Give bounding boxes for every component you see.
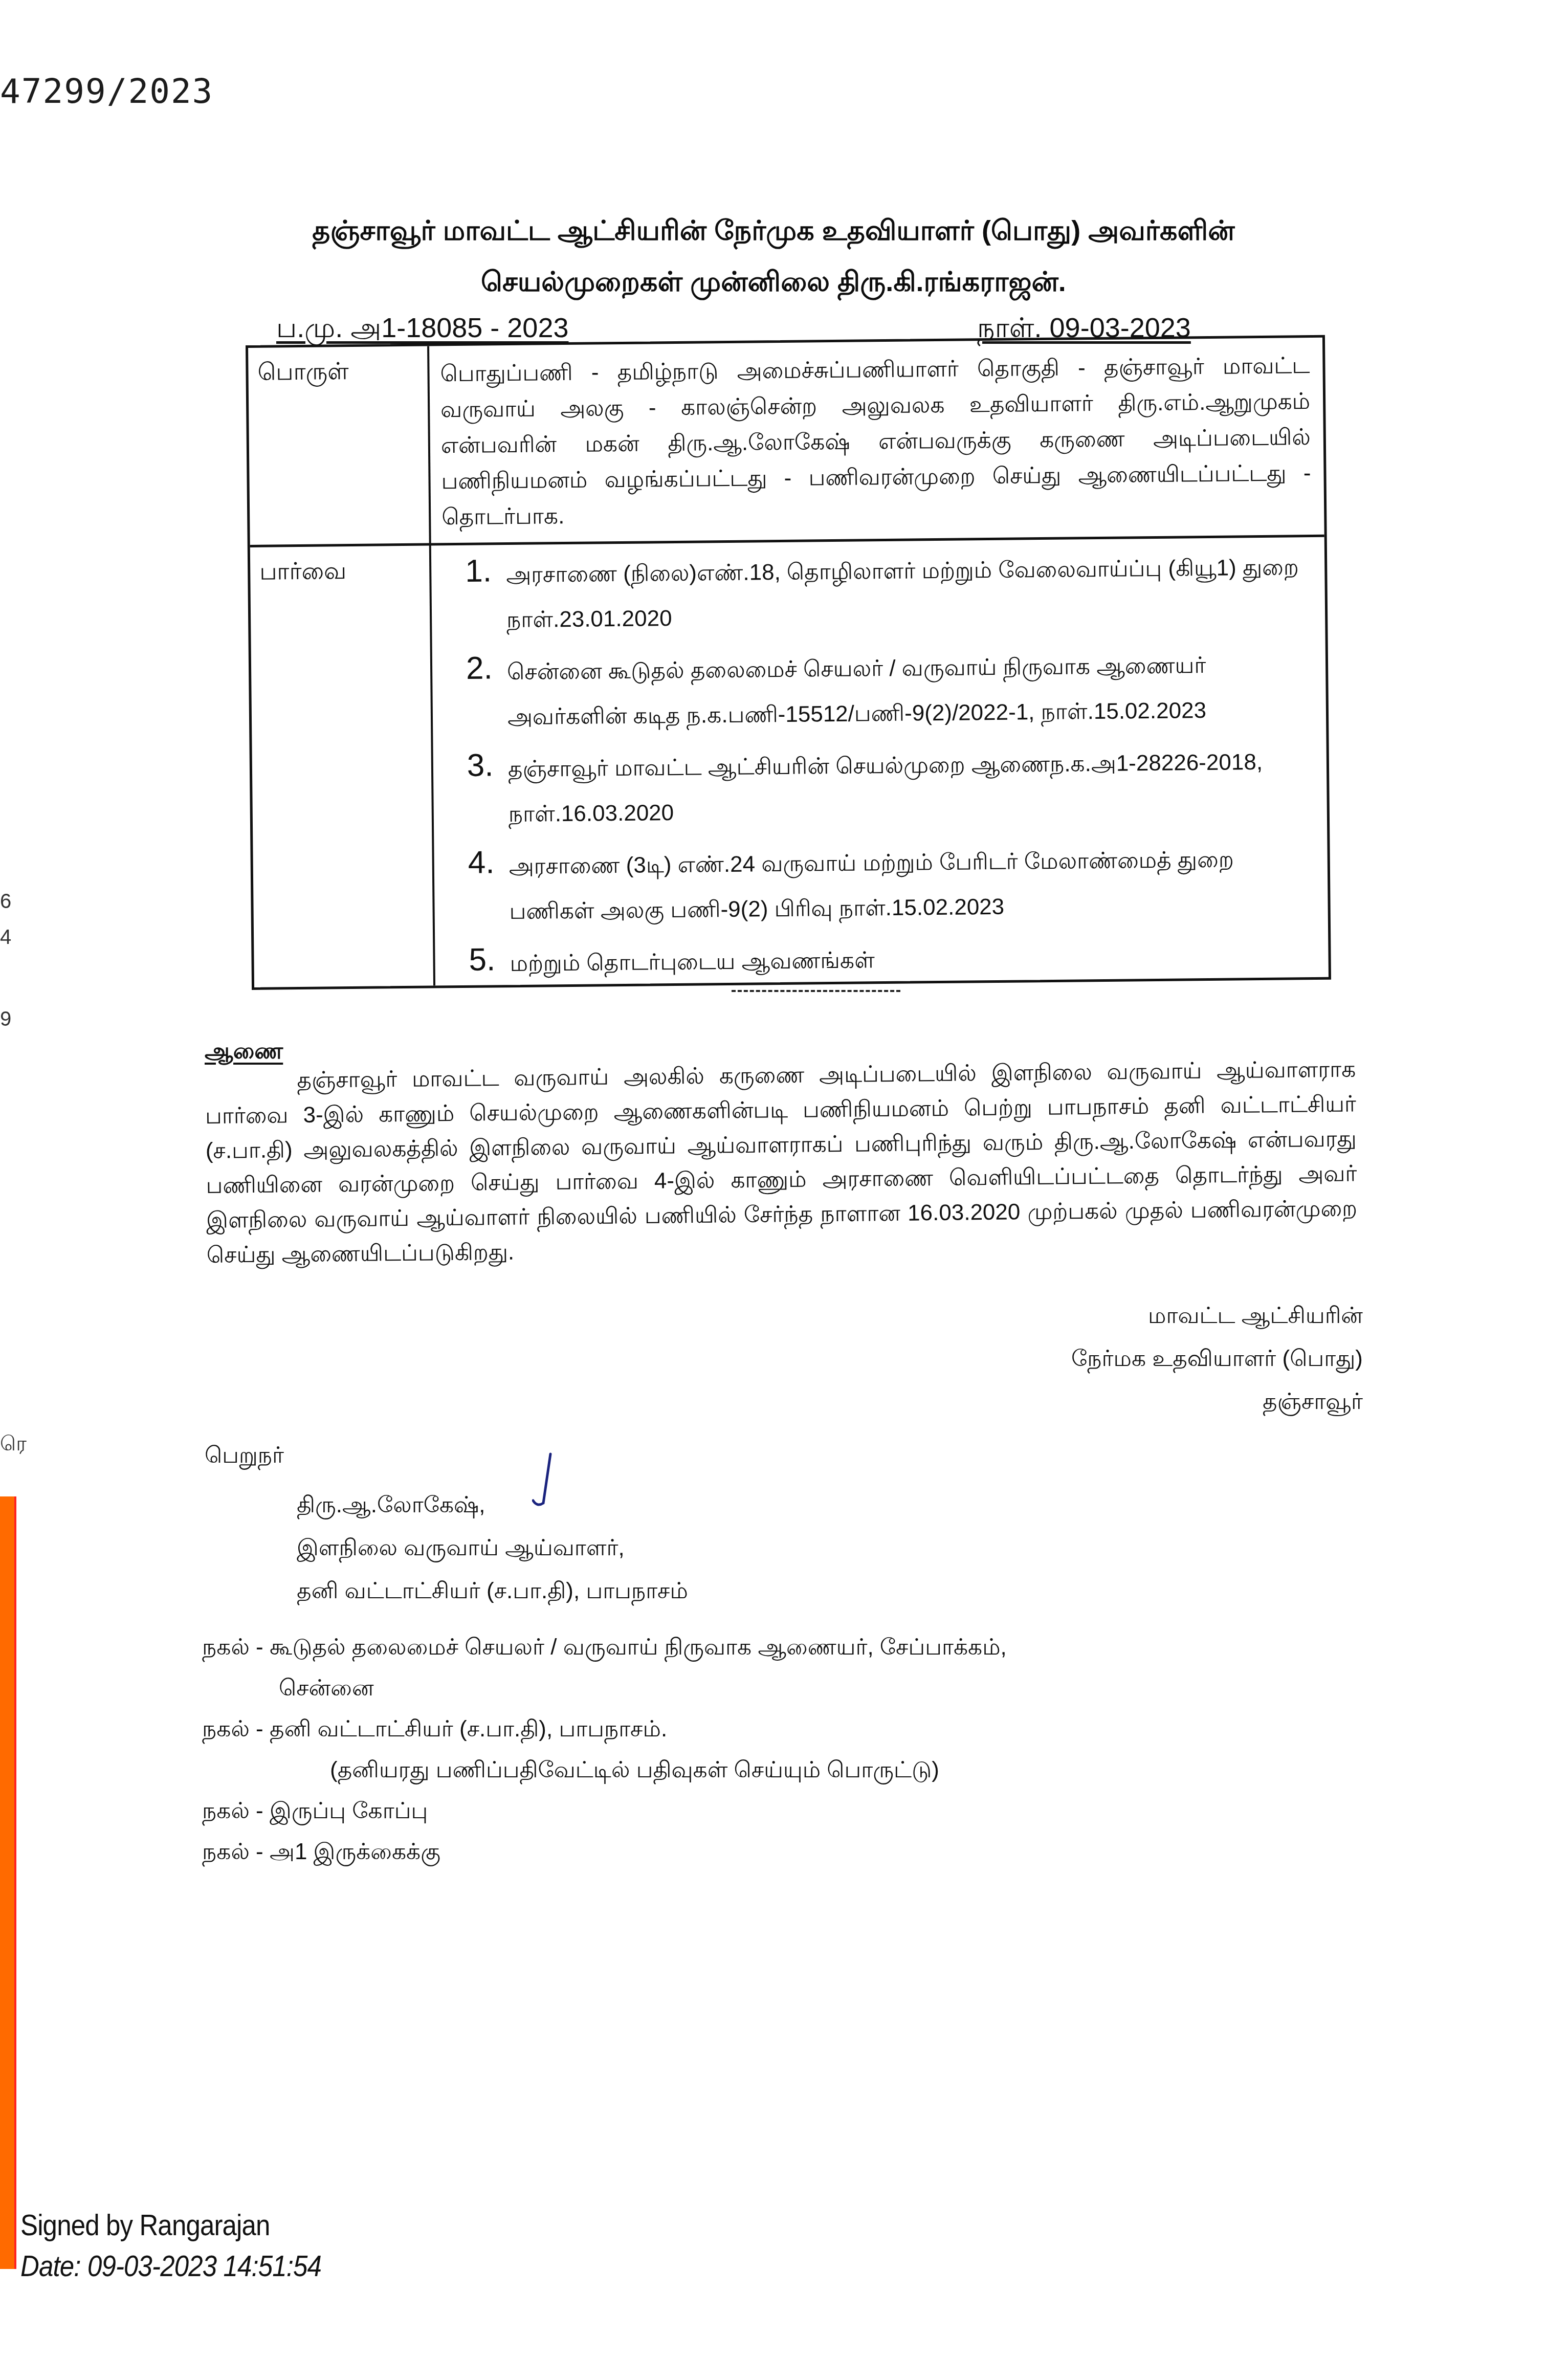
reference-label: பார்வை <box>259 557 346 589</box>
reference-text: சென்னை கூடுதல் தலைமைச் செயலர் / வருவாய் … <box>507 642 1311 740</box>
subject-text: பொதுப்பணி - தமிழ்நாடு அமைச்சுப்பணியாளர் … <box>440 348 1311 535</box>
reference-number-label: 5. <box>469 941 510 987</box>
signatory-line: மாவட்ட ஆட்சியரின் <box>1071 1294 1363 1337</box>
reference-text: அரசாணை (நிலை)எண்.18, தொழிலாளர் மற்றும் வ… <box>506 545 1310 643</box>
copy-to-item: நகல் - இருப்பு கோப்பு <box>202 1791 1007 1832</box>
reference-number-label: 4. <box>468 844 510 935</box>
order-heading: ஆணை <box>205 1039 283 1067</box>
reference-item: 3.தஞ்சாவூர் மாவட்ட ஆட்சியரின் செயல்முறை … <box>467 739 1312 838</box>
document-title-line2: செயல்முறைகள் முன்னிலை திரு.கி.ரங்கராஜன். <box>0 266 1547 302</box>
signatory-line: நேர்மக உதவியாளர் (பொது) <box>1071 1337 1363 1380</box>
reference-number-label: 1. <box>465 553 507 643</box>
subject-reference-table: பொருள் பொதுப்பணி - தமிழ்நாடு அமைச்சுப்பண… <box>246 335 1331 990</box>
subject-label: பொருள் <box>257 357 349 389</box>
reference-item: 2.சென்னை கூடுதல் தலைமைச் செயலர் / வருவாய… <box>466 642 1311 740</box>
copy-to-item: (தனியரது பணிப்பதிவேட்டில் பதிவுகள் செய்ய… <box>202 1750 1007 1791</box>
recipient-office: தனி வட்டாட்சியர் (ச.பா.தி), பாபநாசம் <box>297 1570 688 1613</box>
reference-number-label: 2. <box>466 650 508 740</box>
signed-by-text: Signed by Rangarajan <box>20 2205 321 2246</box>
copy-to-item: நகல் - தனி வட்டாட்சியர் (ச.பா.தி), பாபநா… <box>202 1709 1007 1750</box>
copy-to-item: நகல் - அ1 இருக்கைக்கு <box>202 1832 1007 1872</box>
digital-signature-block: Signed by Rangarajan Date: 09-03-2023 14… <box>20 2205 321 2287</box>
copy-to-item: சென்னை <box>202 1668 1007 1709</box>
signatory-block: மாவட்ட ஆட்சியரின் நேர்மக உதவியாளர் (பொது… <box>1071 1294 1363 1423</box>
recipient-address: திரு.ஆ.லோகேஷ், இளநிலை வருவாய் ஆய்வாளர், … <box>297 1484 688 1613</box>
recipient-name: திரு.ஆ.லோகேஷ், <box>297 1484 688 1527</box>
checkmark-icon <box>532 1452 552 1508</box>
margin-mark: ரெ <box>0 1433 27 1458</box>
copy-to-item: நகல் - கூடுதல் தலைமைச் செயலர் / வருவாய் … <box>202 1627 1007 1668</box>
file-number-stamp: 47299/2023 <box>0 72 213 111</box>
margin-mark: 6 <box>0 890 11 913</box>
recipient-label: பெறுநர் <box>205 1443 284 1471</box>
document-title-line1: தஞ்சாவூர் மாவட்ட ஆட்சியரின் நேர்முக உதவி… <box>0 215 1547 251</box>
reference-item: 4.அரசாணை (3டி) எண்.24 வருவாய் மற்றும் பே… <box>468 836 1313 935</box>
order-body: தஞ்சாவூர் மாவட்ட வருவாய் அலகில் கருணை அட… <box>205 1052 1358 1273</box>
reference-item: 1.அரசாணை (நிலை)எண்.18, தொழிலாளர் மற்றும்… <box>465 545 1310 643</box>
margin-mark: 4 <box>0 926 11 949</box>
table-row-divider <box>250 535 1324 547</box>
edge-color-strip <box>0 1496 16 2269</box>
signature-date: Date: 09-03-2023 14:51:54 <box>20 2246 321 2287</box>
reference-text: மற்றும் தொடர்புடைய ஆவணங்கள் <box>510 938 875 986</box>
recipient-designation: இளநிலை வருவாய் ஆய்வாளர், <box>297 1527 688 1570</box>
reference-number-label: 3. <box>467 747 509 838</box>
copy-to-list: நகல் - கூடுதல் தலைமைச் செயலர் / வருவாய் … <box>202 1627 1007 1872</box>
reference-list: 1.அரசாணை (நிலை)எண்.18, தொழிலாளர் மற்றும்… <box>465 545 1313 994</box>
reference-text: தஞ்சாவூர் மாவட்ட ஆட்சியரின் செயல்முறை ஆண… <box>508 739 1312 837</box>
reference-item: 5.மற்றும் தொடர்புடைய ஆவணங்கள் <box>469 934 1313 987</box>
separator-line <box>732 990 900 992</box>
reference-text: அரசாணை (3டி) எண்.24 வருவாய் மற்றும் பேரி… <box>509 836 1313 934</box>
table-column-divider <box>427 346 435 986</box>
margin-mark: 9 <box>0 1008 11 1031</box>
signatory-line: தஞ்சாவூர் <box>1071 1380 1363 1423</box>
